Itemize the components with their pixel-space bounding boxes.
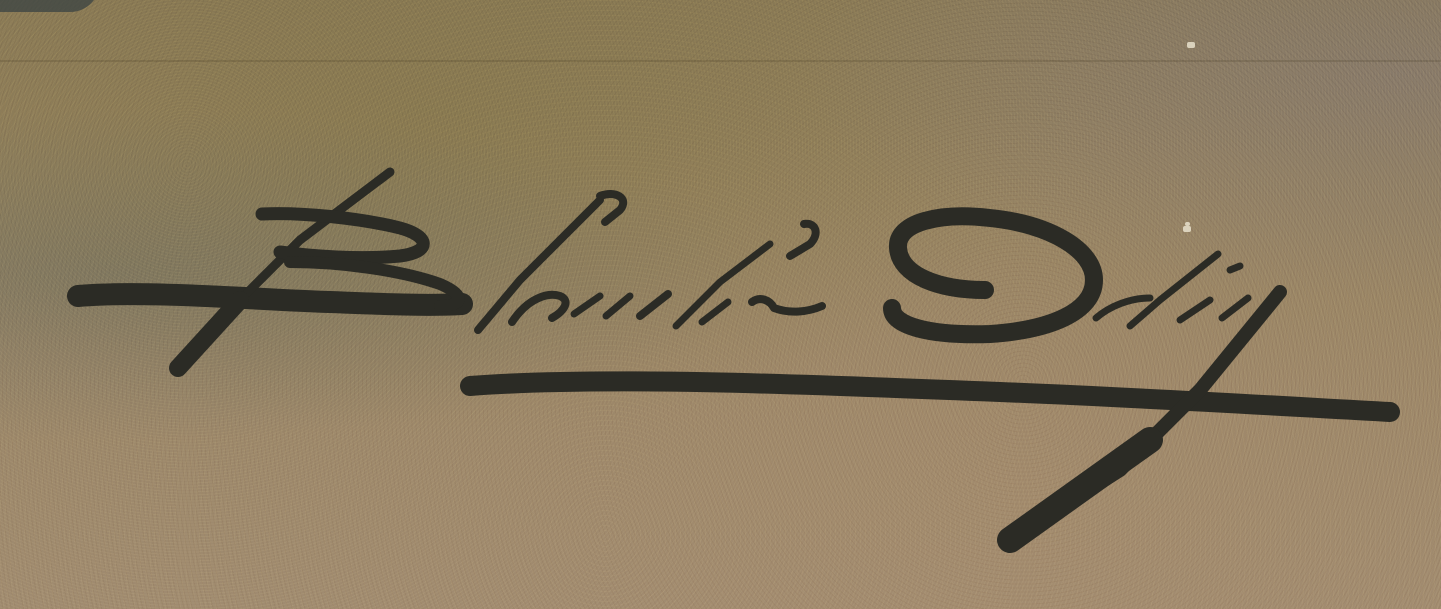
handwritten-signature xyxy=(0,0,1441,609)
ink-stroke xyxy=(1222,298,1248,318)
ink-stroke xyxy=(1180,300,1210,320)
ink-stroke xyxy=(600,194,623,222)
ink-stroke xyxy=(702,302,728,322)
ink-stroke xyxy=(1010,440,1150,540)
ink-stroke xyxy=(512,295,566,322)
ink-stroke xyxy=(676,244,770,326)
ink-stroke xyxy=(1230,266,1240,270)
ink-stroke xyxy=(606,296,630,316)
ink-stroke xyxy=(78,294,462,305)
ink-stroke xyxy=(790,224,816,256)
ink-stroke xyxy=(1130,254,1218,326)
ink-stroke xyxy=(892,216,1094,334)
ink-stroke xyxy=(470,381,1390,412)
ink-stroke xyxy=(262,214,423,258)
ink-stroke xyxy=(752,299,822,312)
paper-background: Blanche Odin xyxy=(0,0,1441,609)
ink-stroke xyxy=(574,296,600,314)
ink-stroke xyxy=(178,300,240,368)
ink-stroke xyxy=(640,294,668,316)
